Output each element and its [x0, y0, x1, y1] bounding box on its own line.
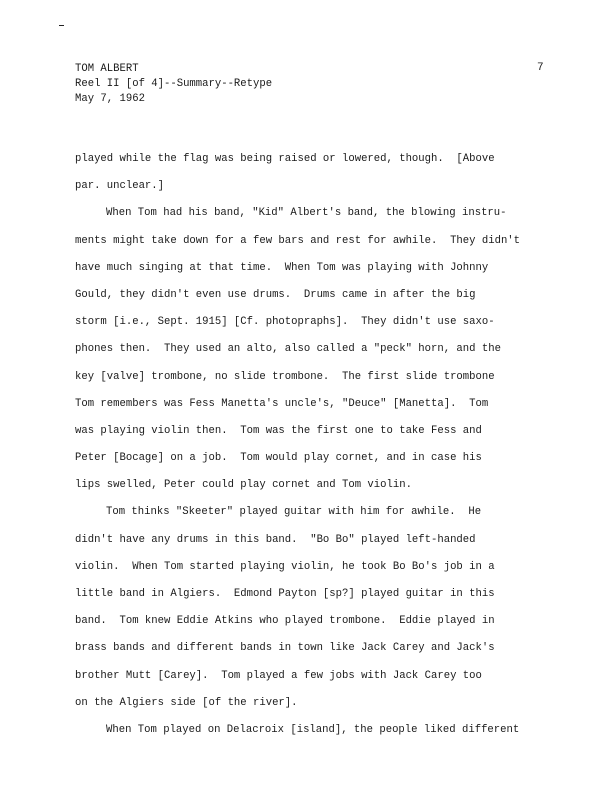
text-line: brass bands and different bands in town …: [75, 635, 590, 662]
text-line: ments might take down for a few bars and…: [75, 228, 590, 255]
text-line: violin. When Tom started playing violin,…: [75, 554, 590, 581]
page-number: 7: [537, 62, 544, 74]
text-line: brother Mutt [Carey]. Tom played a few j…: [75, 663, 590, 690]
interview-date: May 7, 1962: [75, 92, 272, 107]
interviewee-name: TOM ALBERT: [75, 62, 272, 77]
text-line: have much singing at that time. When Tom…: [75, 255, 590, 282]
text-line: Tom remembers was Fess Manetta's uncle's…: [75, 391, 590, 418]
text-line: storm [i.e., Sept. 1915] [Cf. photopraph…: [75, 309, 590, 336]
text-line: band. Tom knew Eddie Atkins who played t…: [75, 608, 590, 635]
text-line: played while the flag was being raised o…: [75, 146, 590, 173]
text-line: key [valve] trombone, no slide trombone.…: [75, 364, 590, 391]
text-line: Peter [Bocage] on a job. Tom would play …: [75, 445, 590, 472]
text-line: phones then. They used an alto, also cal…: [75, 336, 590, 363]
text-line: Tom thinks "Skeeter" played guitar with …: [75, 499, 590, 526]
reel-info: Reel II [of 4]--Summary--Retype: [75, 77, 272, 92]
text-line: lips swelled, Peter could play cornet an…: [75, 472, 590, 499]
text-line: par. unclear.]: [75, 173, 590, 200]
text-line: on the Algiers side [of the river].: [75, 690, 590, 717]
document-header: TOM ALBERT Reel II [of 4]--Summary--Rety…: [75, 62, 272, 107]
text-line: When Tom had his band, "Kid" Albert's ba…: [75, 200, 590, 227]
text-line: was playing violin then. Tom was the fir…: [75, 418, 590, 445]
text-line: little band in Algiers. Edmond Payton [s…: [75, 581, 590, 608]
document-body: played while the flag was being raised o…: [75, 146, 590, 744]
document-page: TOM ALBERT Reel II [of 4]--Summary--Rety…: [0, 0, 612, 792]
text-line: Gould, they didn't even use drums. Drums…: [75, 282, 590, 309]
text-line: didn't have any drums in this band. "Bo …: [75, 527, 590, 554]
text-line: When Tom played on Delacroix [island], t…: [75, 717, 590, 744]
scan-mark: [59, 25, 64, 26]
